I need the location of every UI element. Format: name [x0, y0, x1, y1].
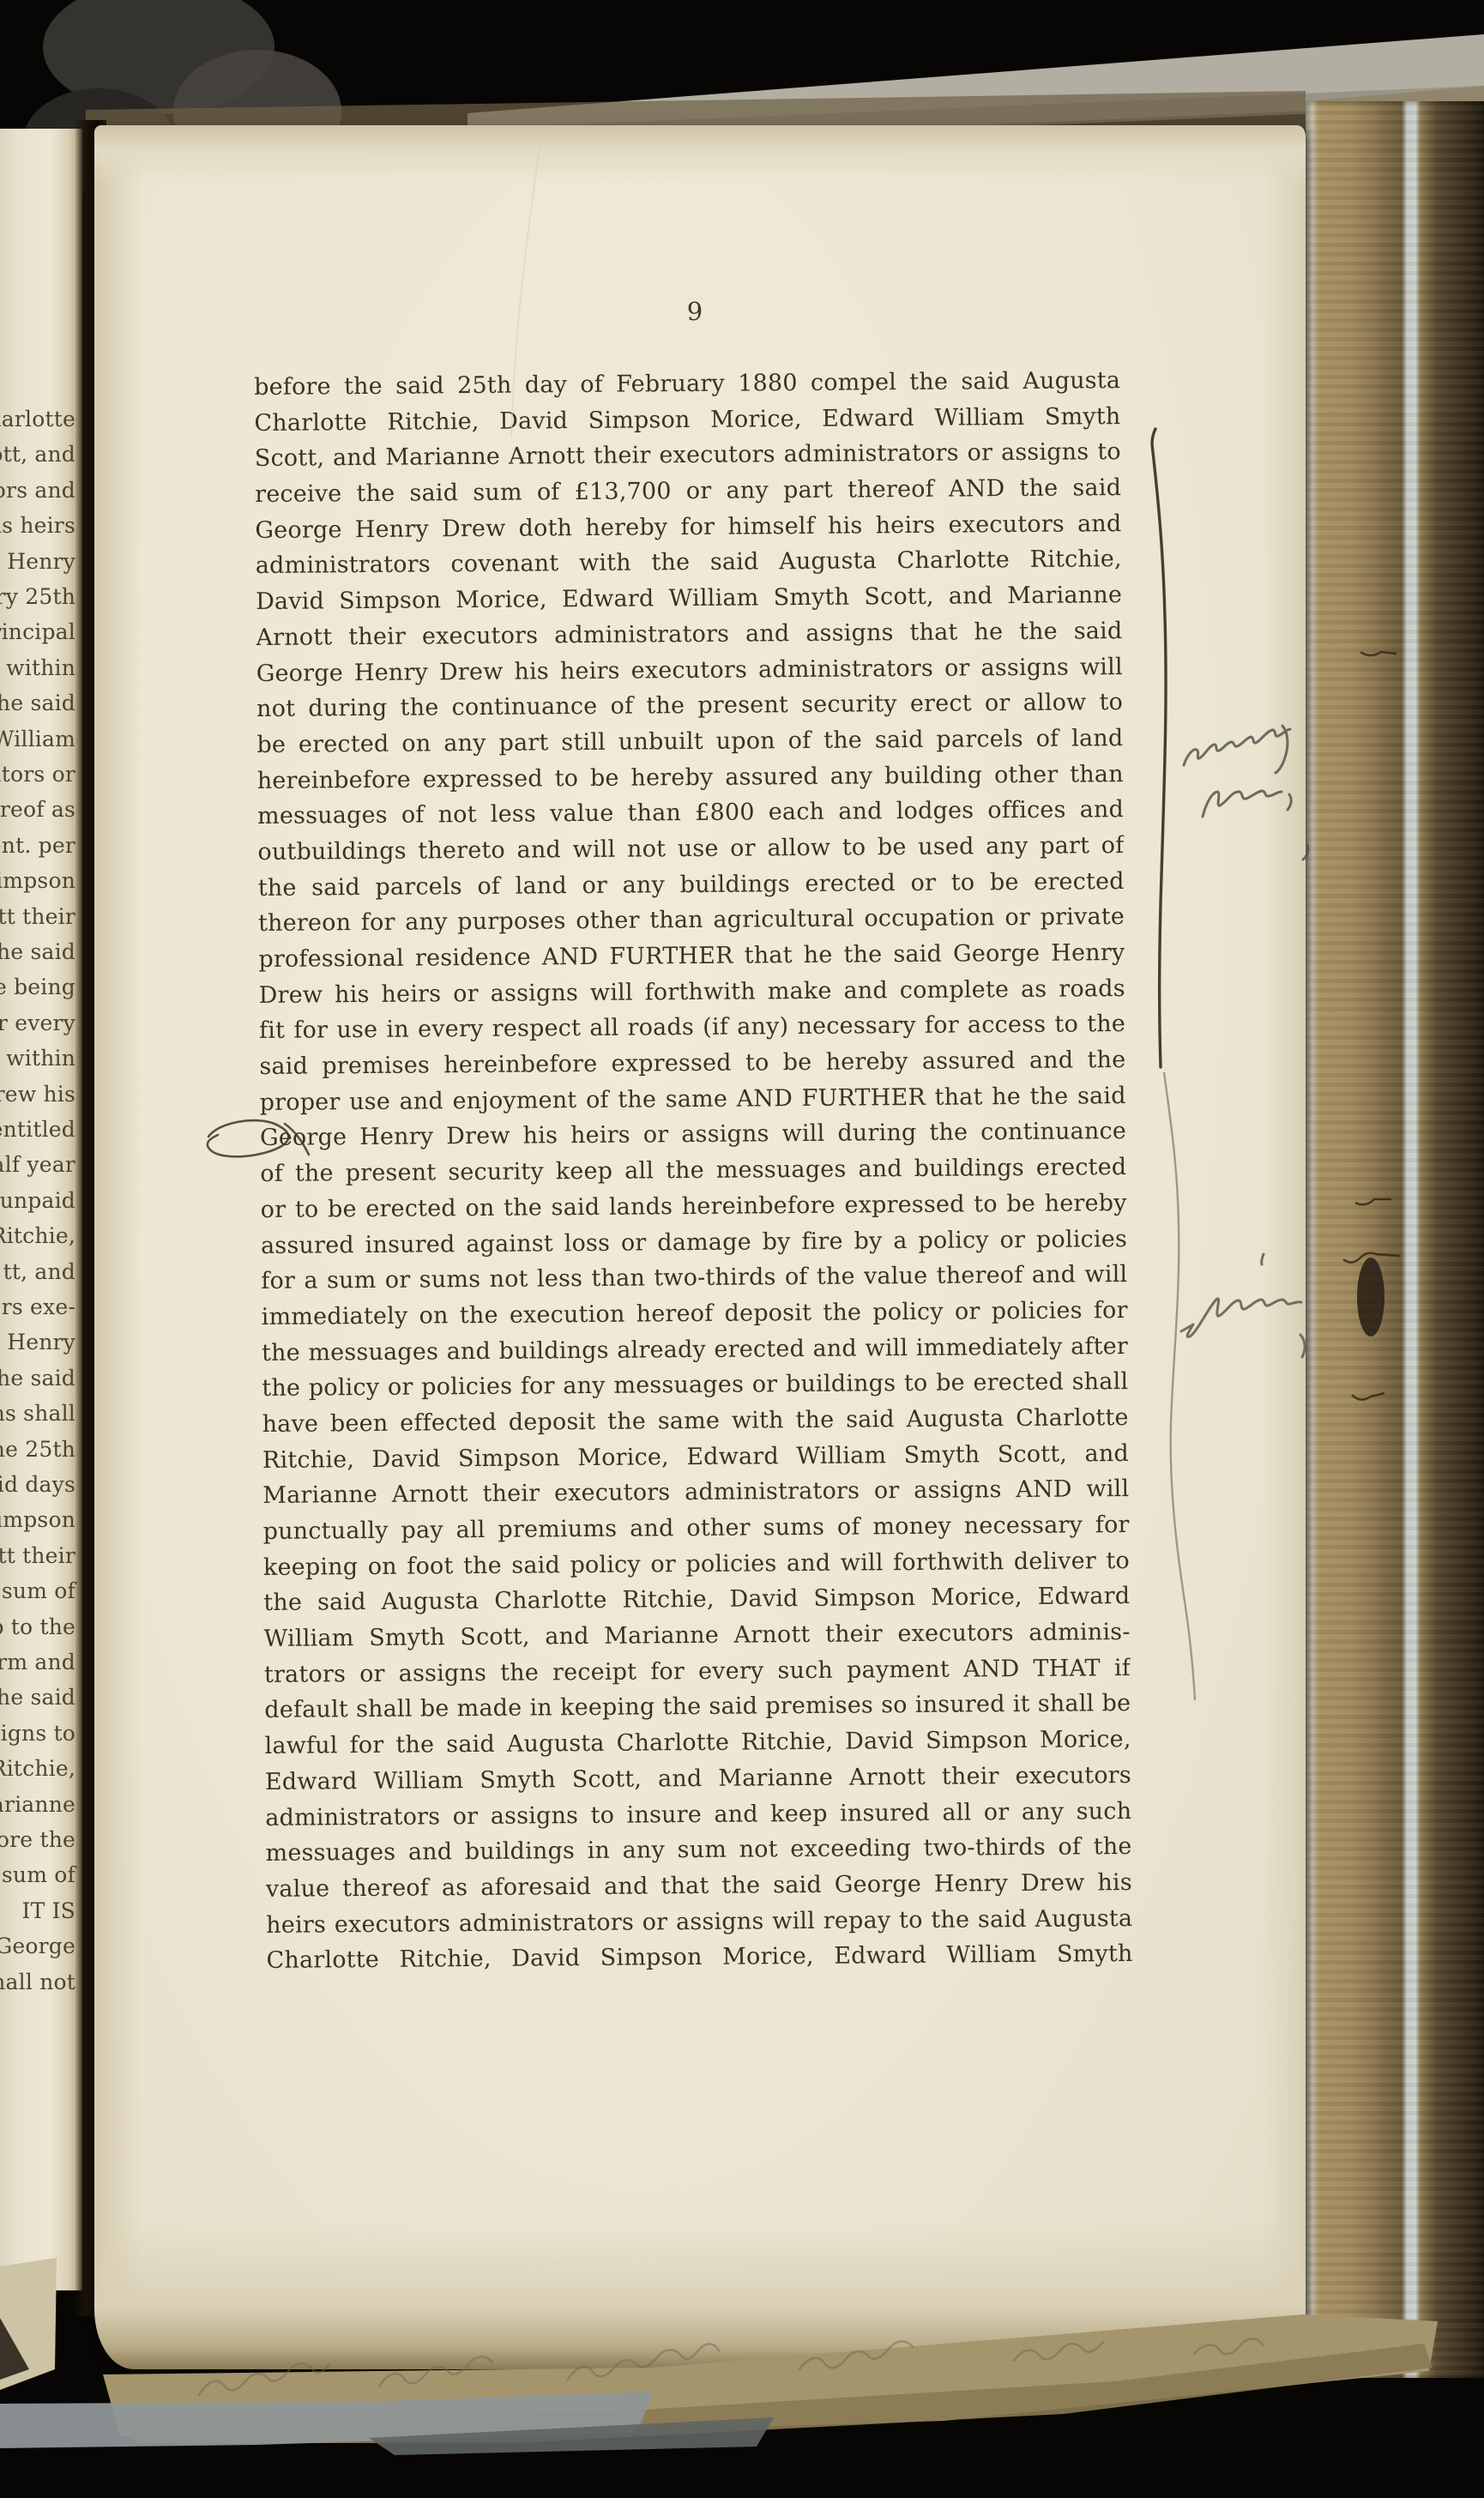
- previous-page-text-fragment: the said: [0, 1364, 75, 1393]
- previous-page-text-fragment: cent. per: [0, 831, 75, 860]
- previous-page-text-fragment: George: [0, 1932, 75, 1961]
- text-line: Arnott their executors administrators an…: [256, 613, 1122, 656]
- text-line: punctually pay all premiums and other su…: [262, 1507, 1129, 1550]
- previous-page-text-fragment: ott their: [0, 902, 75, 932]
- previous-page-text-fragment: the 25th: [0, 1435, 75, 1464]
- text-line: have been effected deposit the same with…: [262, 1400, 1128, 1443]
- previous-page-text-fragment: ott their: [0, 1542, 75, 1571]
- text-line: Charlotte Ritchie, David Simpson Morice,…: [266, 1936, 1132, 1979]
- previous-page-text-fragment: the said: [0, 1683, 75, 1712]
- previous-page-strip: Charlottecott, andutors andhis heirsge H…: [0, 129, 82, 2290]
- previous-page-text-fragment: Drew his: [0, 1080, 75, 1109]
- previous-page-text-fragment: aid days: [0, 1470, 75, 1499]
- body-text: before the said 25th day of February 188…: [254, 363, 1133, 1979]
- previous-page-text-fragment: or within: [0, 654, 75, 683]
- previous-page-text-fragment: Ritchie,: [0, 1754, 75, 1783]
- previous-page-text-fragment: utors and: [0, 476, 75, 505]
- previous-page-text-fragment: unpaid: [0, 1186, 75, 1216]
- text-line: value thereof as aforesaid and that the …: [266, 1865, 1132, 1908]
- text-line: outbuildings thereto and will not use or…: [257, 828, 1124, 871]
- previous-page-text-fragment: gns shall: [0, 1399, 75, 1428]
- previous-page-text-fragment: ssigns to: [0, 1719, 75, 1748]
- previous-page-text-fragment: n within: [0, 1044, 75, 1073]
- previous-page-text-fragment: the said: [0, 689, 75, 718]
- previous-page-text-fragment: principal: [0, 618, 75, 647]
- previous-page-text-fragment: ge Henry: [0, 547, 75, 576]
- previous-page-text-fragment: rs exe-: [2, 1293, 75, 1322]
- previous-page-text-fragment: Simpson: [0, 866, 75, 896]
- previous-page-text-fragment: or every: [0, 1009, 75, 1038]
- previous-page-text-fragment: Iarianne: [0, 1790, 75, 1819]
- previous-page-text-fragment: William: [0, 725, 75, 754]
- previous-page-text-fragment: Ritchie,: [0, 1222, 75, 1251]
- previous-page-text-fragment: IT IS: [22, 1897, 76, 1926]
- text-line: Edward William Smyth Scott, and Marianne…: [265, 1758, 1131, 1801]
- previous-page-text-fragment: ne being: [0, 973, 75, 1002]
- previous-page-text-fragment: the said: [0, 938, 75, 967]
- previous-page-text-fragment: ery 25th: [0, 582, 75, 612]
- binding-highlight: [43, 0, 274, 114]
- previous-page-text-fragment: tt, and: [3, 1258, 75, 1287]
- previous-page-text-fragment: entitled: [0, 1115, 75, 1144]
- text-line: or to be erected on the said lands herei…: [261, 1186, 1127, 1228]
- previous-page-text-fragment: cott, and: [0, 440, 75, 469]
- page-number: 9: [652, 297, 738, 326]
- text-line: immediately on the execution hereof depo…: [262, 1293, 1128, 1336]
- previous-page-text-fragment: fore the: [0, 1825, 75, 1855]
- previous-page-text-fragment: sum of: [2, 1861, 75, 1890]
- previous-page-text-fragment: rators or: [0, 760, 75, 789]
- book-photo: { "document": { "page_number": "9", "bod…: [0, 0, 1484, 2498]
- previous-page-text-fragment: Henry: [7, 1328, 75, 1357]
- previous-page-text-fragment: orm and: [0, 1648, 75, 1677]
- previous-page-text-fragment: p to the: [0, 1613, 75, 1642]
- previous-page-text-fragment: alf year: [0, 1150, 75, 1180]
- previous-page-text-fragment: hereof as: [0, 795, 75, 824]
- previous-page-text-fragment: hall not: [0, 1968, 75, 1997]
- page-edge-stack: [1306, 101, 1484, 2378]
- previous-page-text-fragment: sum of: [2, 1577, 75, 1606]
- text-line: be erected on any part still unbuilt upo…: [256, 721, 1123, 763]
- previous-page-text-fragment: Simpson: [0, 1505, 75, 1535]
- previous-page-text-fragment: his heirs: [0, 511, 75, 540]
- previous-page-text-fragment: Charlotte: [0, 405, 75, 434]
